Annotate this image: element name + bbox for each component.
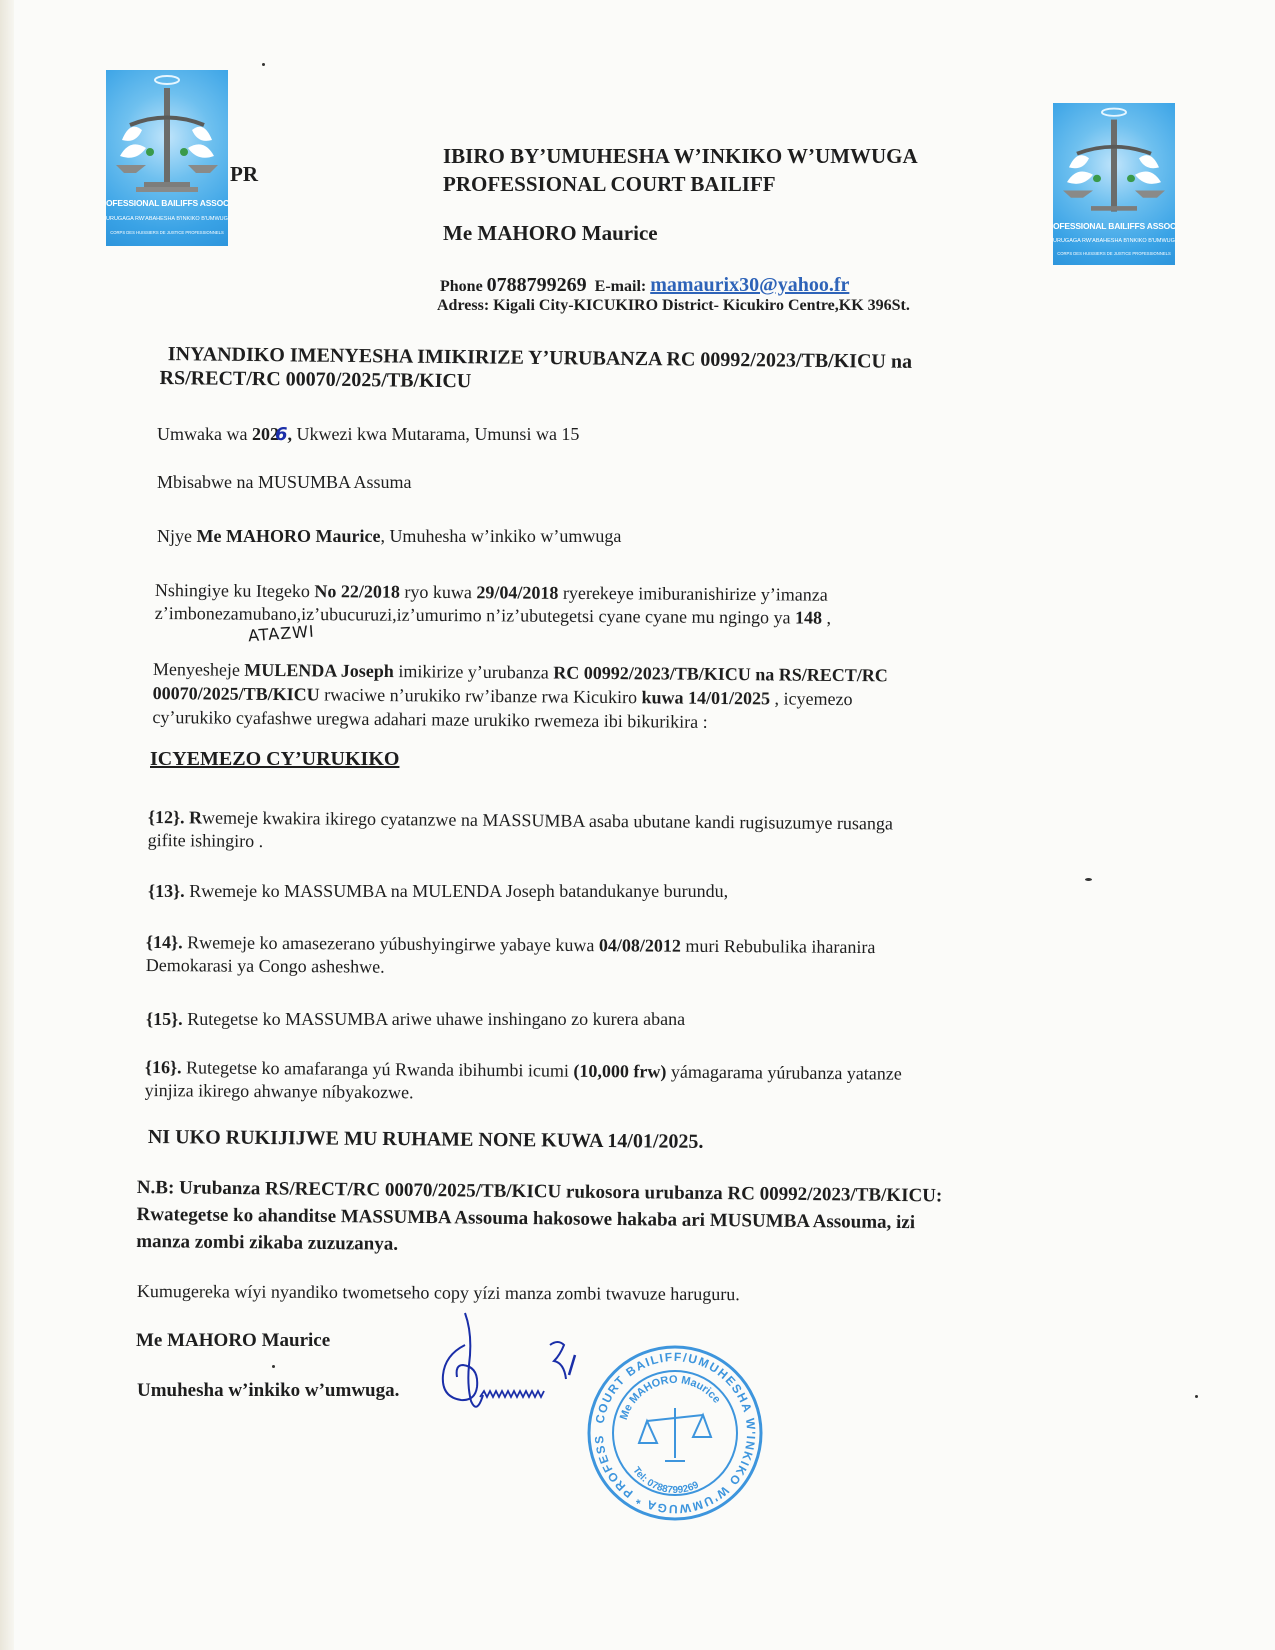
phone-label: Phone [440,278,483,295]
law-text-1: Nshingiye ku Itegeko [155,580,315,601]
delivery-note: Kumugereka wíyi nyandiko twometseho copy… [137,1280,740,1306]
logo-line-2: URUGAGA RW'ABAHESHA B'INKIKO B'UMWUGA [106,216,228,222]
scan-speck [1195,1395,1198,1398]
logo-line-3: CORPS DES HUISSIERS DE JUSTICE PROFESSIO… [1053,251,1175,256]
decision-number: {15}. [146,1009,183,1029]
intro-rest: , Umuhesha w’inkiko w’umwuga [380,526,621,546]
case-number-cont: 00070/2025/TB/KICU [153,683,320,704]
letterhead-title-line-2: PROFESSIONAL COURT BAILIFF [443,170,918,198]
signatory-role: Umuhesha w’inkiko w’umwuga. [137,1380,399,1402]
phone-number: 0788799269 [487,274,587,296]
document-title: INYANDIKO IMENYESHA IMIKIRIZE Y’URUBANZA… [159,342,1059,399]
decision-text: Rutegetse ko MASSUMBA ariwe uhawe inshin… [183,1009,685,1029]
decision-text: Rutegetse ko amafaranga yú Rwanda ibihum… [182,1057,574,1080]
law-text-2: ryo kuwa [400,582,477,603]
decision-text-b: muri Rebubulika iharanira [681,936,876,957]
decision-text-b: yámagarama yúrubanza yatanze [666,1062,902,1084]
law-text-line-2: z’imbonezamubano,iz’ubucuruzi,iz’umurimo… [155,603,795,627]
intro-name: Me MAHORO Maurice [197,526,381,546]
official-stamp: COURT BAILIFF/UMUHESHA W'INKIKO W'UMWUGA… [585,1343,765,1523]
date-rest: Ukwezi kwa Mutarama, Umunsi wa 15 [292,424,579,444]
nota-bene: N.B: Urubanza RS/RECT/RC 00070/2025/TB/K… [136,1174,1097,1265]
fee-amount: (10,000 frw) [573,1061,666,1082]
requested-by: Mbisabwe na MUSUMBA Assuma [157,471,412,494]
law-line-end: , [822,608,831,628]
handwritten-year-correction: 6 [275,424,288,445]
handwritten-signature [425,1305,595,1425]
law-date: 29/04/2018 [476,582,558,603]
bailiff-name: Me MAHORO Maurice [443,221,658,246]
judgment-date: kuwa 14/01/2025 [641,687,770,708]
decision-text: Rwemeje ko MASSUMBA na MULENDA Joseph ba… [185,881,728,901]
date-line: Umwaka wa 2026, Ukwezi kwa Mutarama, Umu… [157,423,579,446]
pr-mark: PR [230,162,258,187]
notify-text-1: Menyesheje [153,659,240,680]
scan-speck [262,63,265,66]
bailiff-intro: Njye Me MAHORO Maurice, Umuhesha w’inkik… [157,525,621,548]
decision-item-16: {16}. Rutegetse ko amafaranga yú Rwanda … [145,1056,902,1109]
notify-text-3: rwaciwe n’urukiko rw’ibanze rwa Kicukiro [320,684,642,707]
notification-paragraph: Menyesheje MULENDA Joseph imikirize y’ur… [152,657,888,735]
scan-speck [272,1365,275,1368]
email-link[interactable]: mamaurix30@yahoo.fr [650,274,849,296]
decision-number: {12}. R [148,807,202,827]
stamp-scales-icon [639,1408,711,1461]
law-article: 148 [795,607,822,627]
law-number: No 22/2018 [314,581,400,602]
logo-line-1: OFESSIONAL BAILIFFS ASSOCIATIO [106,198,228,208]
decision-item-13: {13}. Rwemeje ko MASSUMBA na MULENDA Jos… [148,880,728,903]
intro-prefix: Njye [157,526,197,546]
law-text-3: ryerekeye imiburanishirize y’imanza [558,583,828,605]
notify-text-4: , icyemezo [770,688,853,709]
notified-party: MULENDA Joseph [240,660,394,681]
signatory-name: Me MAHORO Maurice [136,1330,330,1352]
scan-page-edge [0,0,14,1650]
decision-item-15: {15}. Rutegetse ko MASSUMBA ariwe uhawe … [146,1008,685,1031]
marriage-date: 04/08/2012 [599,935,681,956]
logo-line-2: URUGAGA RW'ABAHESHA B'INKIKO B'UMWUGA [1053,238,1175,244]
decision-text: wemeje kwakira ikirego cyatanzwe na MASS… [202,807,893,833]
contact-block: Phone 0788799269 E-mail: mamaurix30@yaho… [440,276,910,315]
handwritten-note: ATAZWI [247,622,315,646]
scan-speck [1085,878,1092,881]
decision-item-14: {14}. Rwemeje ko amasezerano yúbushyingi… [146,931,876,982]
address: Adress: Kigali City-KICUKIRO District- K… [437,296,910,315]
decision-item-12: {12}. Rwemeje kwakira ikirego cyatanzwe … [148,806,893,858]
logo-line-1: OFESSIONAL BAILIFFS ASSOCIATIO [1053,221,1175,231]
letterhead-title: IBIRO BY’UMUHESHA W’INKIKO W’UMWUGA PROF… [443,142,918,198]
decision-text: Rwemeje ko amasezerano yúbushyingirwe ya… [183,932,599,955]
notify-text-2: imikirize y’urubanza [394,661,554,682]
email-label: E-mail: [595,278,647,295]
decision-number: {14}. [146,932,183,952]
stamp-inner-phone: Tel: 0788799269 [630,1465,701,1496]
case-numbers: RC 00992/2023/TB/KICU na RS/RECT/RC [553,662,888,685]
letterhead-title-line-1: IBIRO BY’UMUHESHA W’INKIKO W’UMWUGA [443,142,918,170]
bailiff-association-logo-right: OFESSIONAL BAILIFFS ASSOCIATIO URUGAGA R… [1053,103,1175,265]
decision-heading: ICYEMEZO CY’URUKIKO [150,748,399,771]
law-reference: Nshingiye ku Itegeko No 22/2018 ryo kuwa… [155,579,832,630]
logo-line-3: CORPS DES HUISSIERS DE JUSTICE PROFESSIO… [106,230,228,235]
judgment-closing: NI UKO RUKIJIJWE MU RUHAME NONE KUWA 14/… [148,1126,704,1154]
date-prefix: Umwaka wa [157,424,252,444]
decision-number: {16}. [145,1057,182,1077]
decision-number: {13}. [148,881,185,901]
bailiff-association-logo-left: OFESSIONAL BAILIFFS ASSOCIATIO URUGAGA R… [106,70,228,246]
